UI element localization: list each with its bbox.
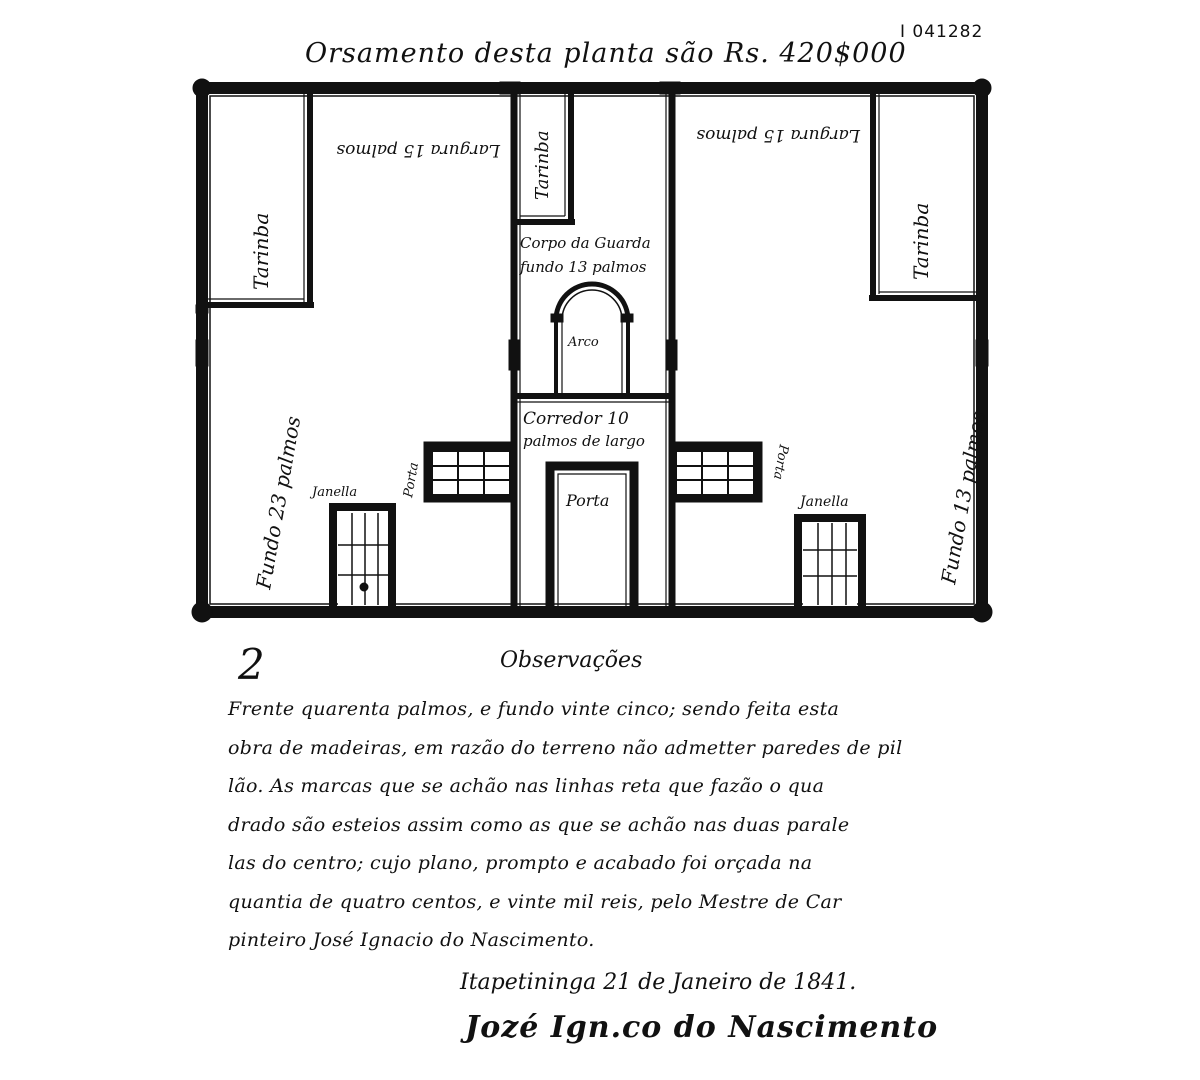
guard-room-label-1: Corpo da Guarda	[520, 234, 651, 252]
place-date: Itapetininga 21 de Janeiro de 1841.	[460, 970, 856, 995]
main-door-label: Porta	[565, 491, 609, 510]
left-side-window	[424, 442, 514, 502]
room-label-center-small: Tarinba	[532, 130, 553, 200]
observations-body: Frente quarenta palmos, e fundo vinte ci…	[228, 690, 1008, 960]
flourish-mark: 2	[238, 640, 265, 689]
corridor-label-1: Corredor 10	[523, 409, 629, 429]
observation-line: Frente quarenta palmos, e fundo vinte ci…	[228, 690, 1008, 729]
right-side-window	[672, 442, 762, 502]
main-door	[550, 466, 634, 606]
left-window-label: Janella	[309, 485, 357, 500]
right-window	[798, 518, 862, 606]
left-window	[333, 507, 392, 606]
corridor-label-2: palmos de largo	[523, 432, 645, 450]
right-side-door-label: Porta	[770, 442, 791, 480]
room-label-left-small: Tarinba	[249, 213, 273, 290]
observation-line: pinteiro José Ignacio do Nascimento.	[228, 921, 1008, 960]
signature: Jozé Ign.co do Nascimento	[465, 1010, 938, 1045]
observation-line: obra de madeiras, em razão do terreno nã…	[228, 729, 1008, 768]
guard-room-label-2: fundo 13 palmos	[519, 258, 647, 276]
observation-line: quantia de quatro centos, e vinte mil re…	[228, 883, 1008, 922]
observations-heading: Observações	[500, 648, 642, 673]
left-width-label: Largura 15 palmos	[336, 140, 501, 160]
floor-plan: Tarinba Tarinba Tarinba Largura 15 palmo…	[0, 0, 1200, 640]
left-depth-label: Fundo 23 palmos	[251, 414, 305, 592]
observation-line: drado são esteios assim como as que se a…	[228, 806, 1008, 845]
right-width-label: Largura 15 palmos	[696, 125, 861, 145]
arch-label: Arco	[567, 335, 599, 350]
right-window-label: Janella	[797, 494, 849, 510]
observation-line: las do centro; cujo plano, prompto e aca…	[228, 844, 1008, 883]
room-label-right-small: Tarinba	[909, 203, 933, 280]
left-side-door-label: Porta	[401, 461, 422, 499]
observation-line: lão. As marcas que se achão nas linhas r…	[228, 767, 1008, 806]
